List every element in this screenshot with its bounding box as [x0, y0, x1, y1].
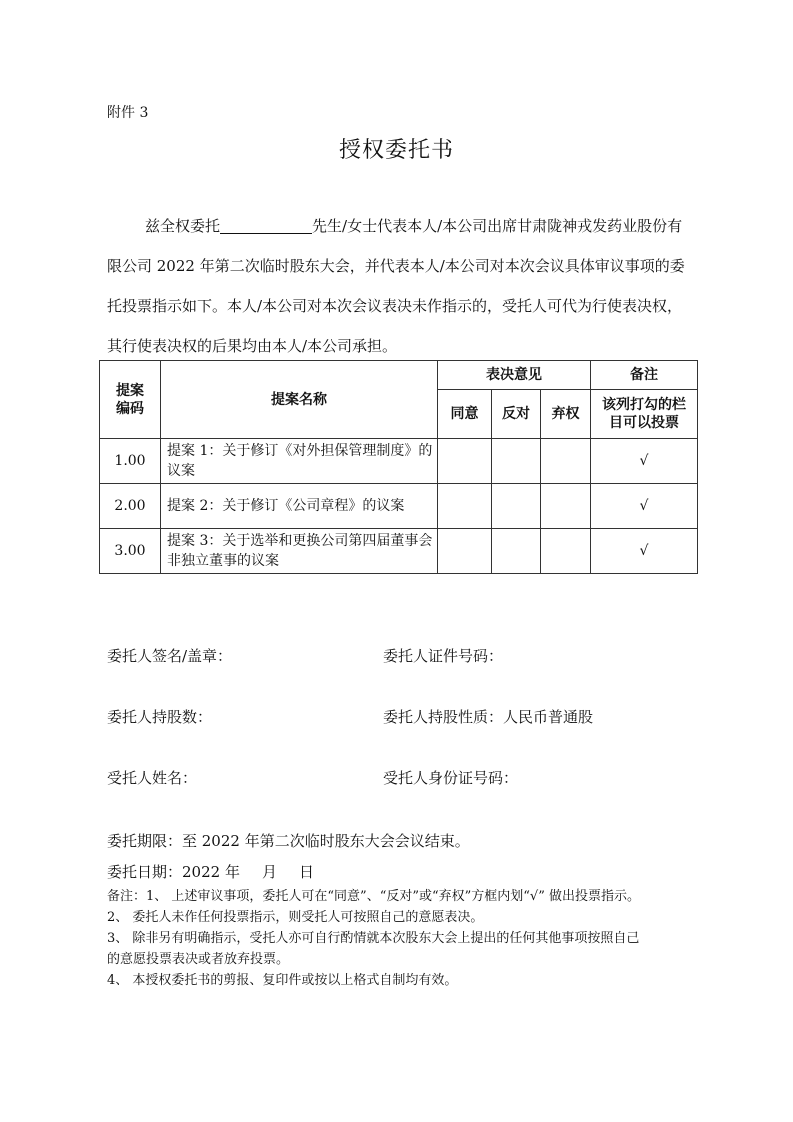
notes-block: 备注：1、 上述审议事项，委托人可在“同意”、“反对”或“弃权”方框内划“√” …: [107, 886, 640, 991]
header-abstain: 弃权: [541, 390, 591, 439]
note-4: 4、 本授权委托书的剪报、复印件或按以上格式自制均有效。: [107, 970, 640, 991]
proposal-code: 3.00: [100, 529, 161, 574]
header-code: 提案编码: [100, 361, 161, 439]
agree-cell[interactable]: [438, 439, 492, 484]
note-3-cont: 的意愿投票表决或者放弃投票。: [107, 949, 640, 970]
proposal-code: 2.00: [100, 484, 161, 529]
attachment-label: 附件 3: [107, 102, 148, 122]
checkmark-icon: √: [591, 529, 698, 574]
proposal-name: 提案 2：关于修订《公司章程》的议案: [161, 484, 438, 529]
table-row: 1.00 提案 1：关于修订《对外担保管理制度》的议案 √: [100, 439, 698, 484]
intro-part2: 先生/女士代表本人/本公司出席甘肃陇神戎发药业股份有限公司 2022 年第二次临…: [107, 217, 685, 355]
oppose-cell[interactable]: [492, 439, 541, 484]
header-oppose: 反对: [492, 390, 541, 439]
proxy-term: 委托期限：至 2022 年第二次临时股东大会会议结束。: [107, 830, 470, 851]
header-vote-group: 表决意见: [438, 361, 591, 390]
agree-cell[interactable]: [438, 529, 492, 574]
note-1: 备注：1、 上述审议事项，委托人可在“同意”、“反对”或“弃权”方框内划“√” …: [107, 886, 640, 907]
signer-field[interactable]: 委托人签名/盖章：: [107, 645, 232, 666]
table-row: 2.00 提案 2：关于修订《公司章程》的议案 √: [100, 484, 698, 529]
abstain-cell[interactable]: [541, 439, 591, 484]
date-label: 委托日期：2022 年: [107, 863, 240, 881]
abstain-cell[interactable]: [541, 484, 591, 529]
share-type-field: 委托人持股性质：人民币普通股: [383, 706, 593, 727]
signer-id-field[interactable]: 委托人证件号码：: [383, 645, 503, 666]
date-month: 月: [262, 863, 277, 881]
header-agree: 同意: [438, 390, 492, 439]
shares-field[interactable]: 委托人持股数：: [107, 706, 212, 727]
oppose-cell[interactable]: [492, 529, 541, 574]
proposal-code: 1.00: [100, 439, 161, 484]
agree-cell[interactable]: [438, 484, 492, 529]
intro-part1: 兹全权委托: [145, 217, 220, 235]
delegate-name-blank[interactable]: [220, 217, 312, 234]
proposal-name: 提案 1：关于修订《对外担保管理制度》的议案: [161, 439, 438, 484]
note-3: 3、 除非另有明确指示，受托人亦可自行酌情就本次股东大会上提出的任何其他事项按照…: [107, 928, 640, 949]
header-remark: 备注: [591, 361, 698, 390]
date-day: 日: [299, 863, 314, 881]
proposal-name: 提案 3：关于选举和更换公司第四届董事会非独立董事的议案: [161, 529, 438, 574]
intro-paragraph: 兹全权委托先生/女士代表本人/本公司出席甘肃陇神戎发药业股份有限公司 2022 …: [107, 206, 697, 366]
oppose-cell[interactable]: [492, 484, 541, 529]
header-name: 提案名称: [161, 361, 438, 439]
abstain-cell[interactable]: [541, 529, 591, 574]
document-title: 授权委托书: [0, 133, 793, 164]
header-remark-sub: 该列打勾的栏目可以投票: [591, 390, 698, 439]
checkmark-icon: √: [591, 484, 698, 529]
proposal-vote-table: 提案编码 提案名称 表决意见 备注 同意 反对 弃权 该列打勾的栏目可以投票 1…: [99, 360, 698, 574]
checkmark-icon: √: [591, 439, 698, 484]
proxy-name-field[interactable]: 受托人姓名：: [107, 767, 197, 788]
table-row: 3.00 提案 3：关于选举和更换公司第四届董事会非独立董事的议案 √: [100, 529, 698, 574]
proxy-date: 委托日期：2022 年月日: [107, 861, 314, 882]
note-2: 2、 委托人未作任何投票指示，则受托人可按照自己的意愿表决。: [107, 907, 640, 928]
proxy-id-field[interactable]: 受托人身份证号码：: [383, 767, 518, 788]
